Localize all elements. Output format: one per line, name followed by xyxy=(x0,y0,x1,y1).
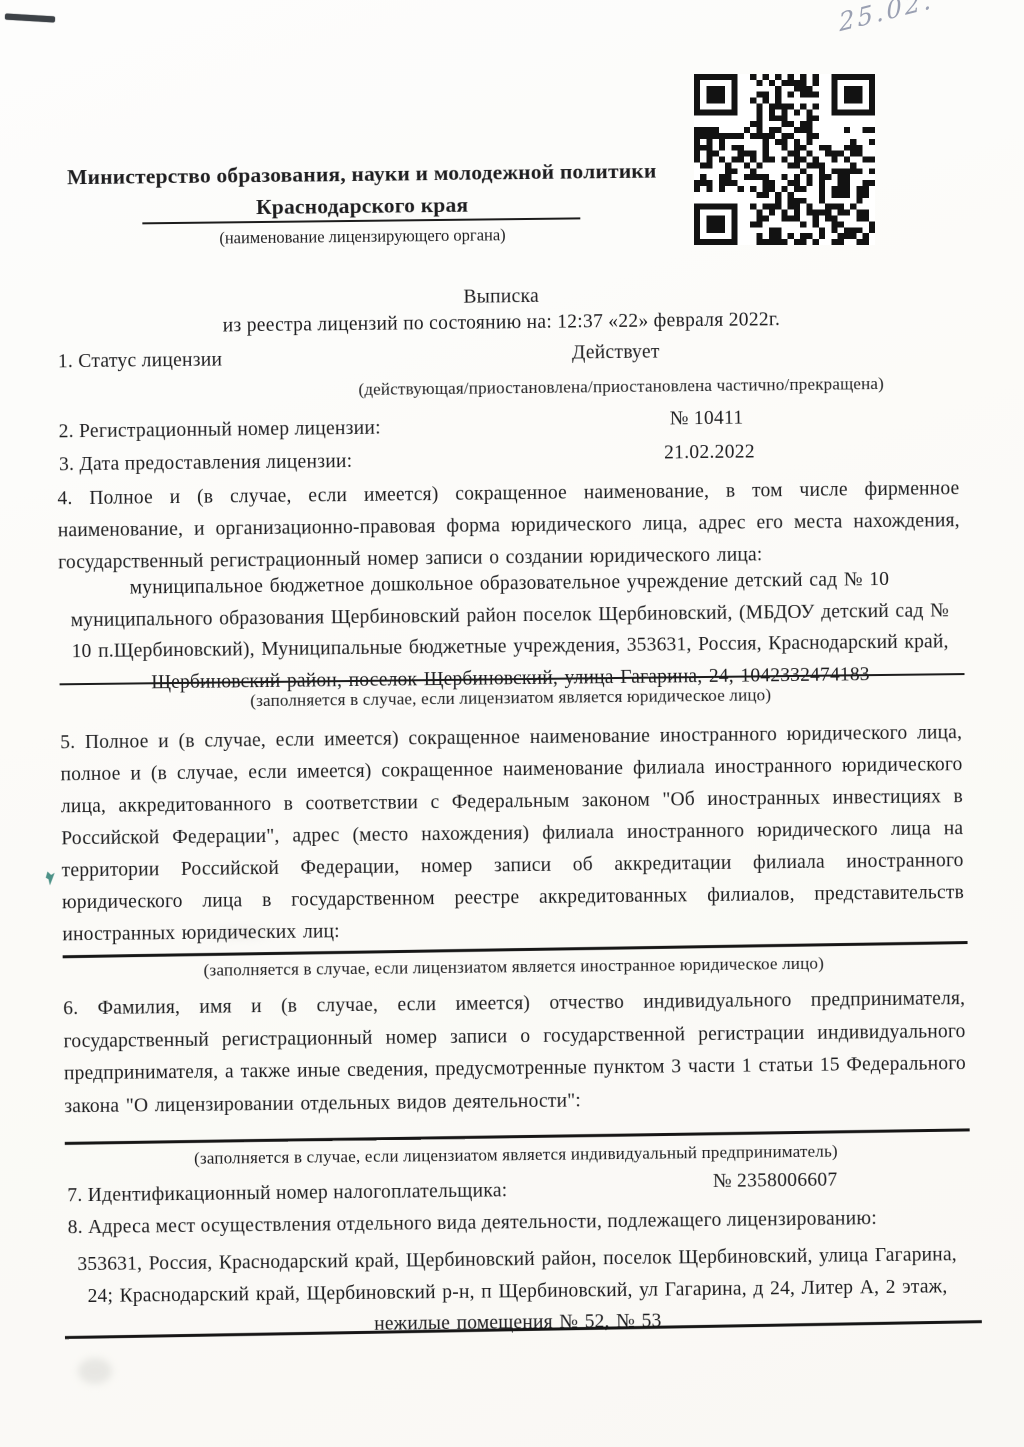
item1-label: 1. Статус лицензии xyxy=(58,349,223,373)
item5-caption: (заполняется в случае, если лицензиатом … xyxy=(63,952,965,982)
license-date-value: 21.02.2022 xyxy=(617,441,802,465)
item3-label: 3. Дата предоставления лицензии: xyxy=(59,451,353,476)
scanned-license-extract-page: 25.02. Министерство образования, науки и… xyxy=(0,0,1024,1447)
item1-caption: (действующая/приостановлена/приостановле… xyxy=(331,374,911,401)
document-body: Министерство образования, науки и молоде… xyxy=(0,0,1024,1447)
item6-label: 6. Фамилия, имя и (в случае, если имеетс… xyxy=(63,983,966,1123)
item5-label: 5. Полное и (в случае, если имеется) сок… xyxy=(60,717,964,951)
item7-label: 7. Идентификационный номер налогоплатель… xyxy=(67,1180,507,1207)
margin-ink-speck xyxy=(46,871,55,885)
license-number-value: № 10411 xyxy=(616,407,796,431)
item2-label: 2. Регистрационный номер лицензии: xyxy=(59,418,381,444)
item6-caption: (заполняется в случае, если лицензиатом … xyxy=(65,1140,967,1170)
licensing-authority-caption: (наименование лицензирующего органа) xyxy=(52,223,672,250)
license-status-value: Действует xyxy=(496,341,736,366)
taxpayer-number-value: № 2358006607 xyxy=(665,1169,885,1193)
item4-label: 4. Полное и (в случае, если имеется) сок… xyxy=(57,473,960,579)
item8-label: 8. Адреса мест осуществления отдельного … xyxy=(68,1208,878,1239)
